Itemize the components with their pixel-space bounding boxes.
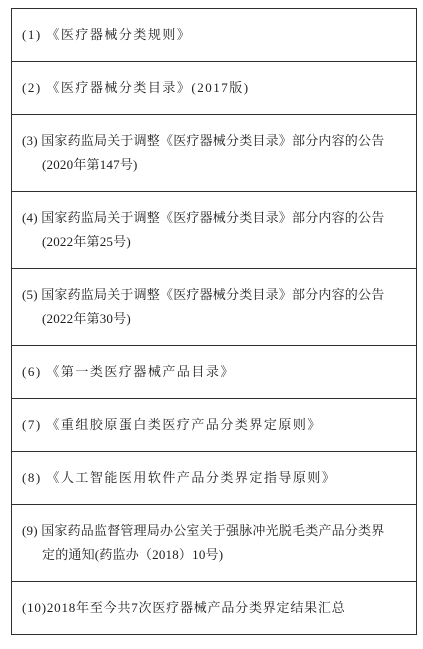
list-item: (8) 《人工智能医用软件产品分类界定指导原则》 [12, 451, 416, 504]
list-item: (1) 《医疗器械分类规则》 [12, 9, 416, 61]
list-item: (2) 《医疗器械分类目录》(2017版) [12, 61, 416, 114]
list-item: (9) 国家药品监督管理局办公室关于强脉冲光脱毛类产品分类界 定的通知(药监办（… [12, 504, 416, 581]
list-item: (6) 《第一类医疗器械产品目录》 [12, 345, 416, 398]
list-item: (3) 国家药监局关于调整《医疗器械分类目录》部分内容的公告 (2020年第14… [12, 114, 416, 191]
list-item: (5) 国家药监局关于调整《医疗器械分类目录》部分内容的公告 (2022年第30… [12, 268, 416, 345]
regulation-list-table: (1) 《医疗器械分类规则》 (2) 《医疗器械分类目录》(2017版) (3)… [11, 8, 417, 635]
list-item: (10)2018年至今共7次医疗器械产品分类界定结果汇总 [12, 581, 416, 634]
list-item: (7) 《重组胶原蛋白类医疗产品分类界定原则》 [12, 398, 416, 451]
list-item: (4) 国家药监局关于调整《医疗器械分类目录》部分内容的公告 (2022年第25… [12, 191, 416, 268]
